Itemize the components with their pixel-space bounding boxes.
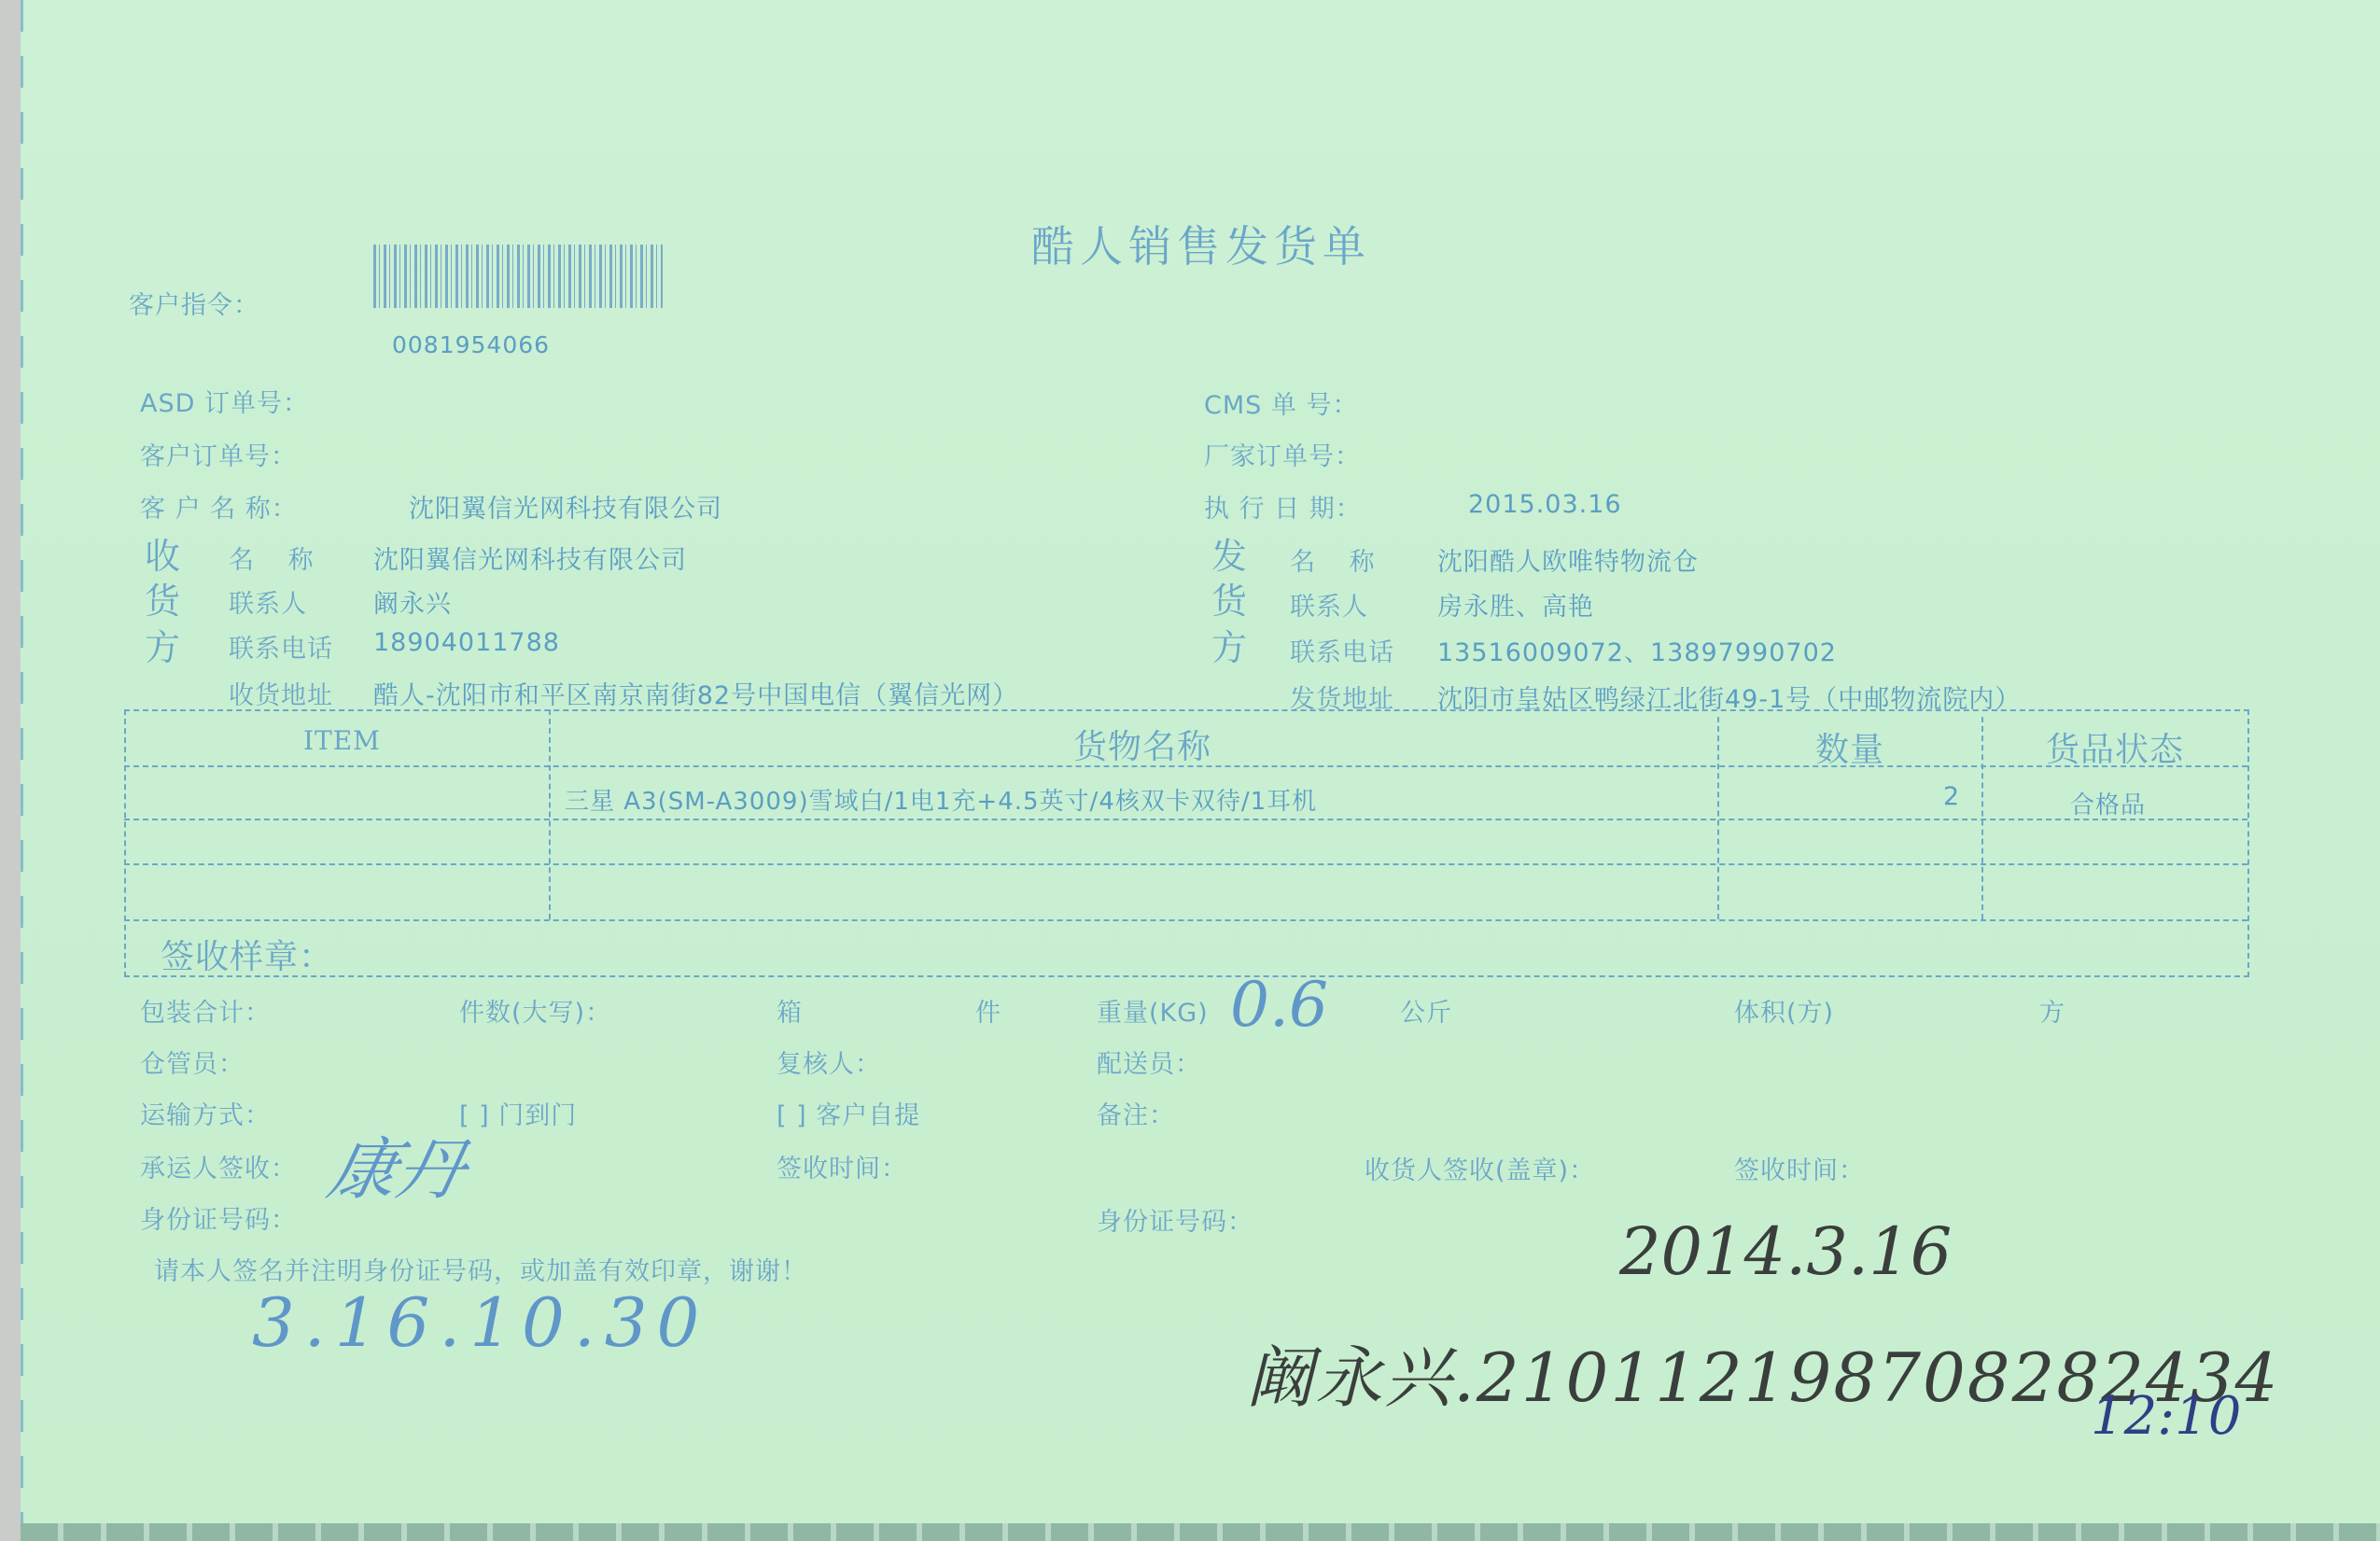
quantity-cell: 2 bbox=[1943, 782, 1960, 811]
goods-name-cell: 三星 A3(SM-A3009)雪域白/1电1充+4.5英寸/4核双卡双待/1耳机 bbox=[565, 782, 1317, 817]
receiver-phone-value: 18904011788 bbox=[373, 628, 560, 657]
table-divider bbox=[124, 919, 2247, 921]
receiver-sign-time-label: 签收时间： bbox=[1734, 1150, 1865, 1186]
asd-order-label: ASD 订单号： bbox=[140, 383, 309, 419]
perforated-edge bbox=[21, 0, 23, 1523]
receiver-side-char-3: 方 bbox=[145, 619, 181, 670]
weight-value: 0.6 bbox=[1230, 969, 1328, 1041]
shipper-name-value: 沈阳酷人欧唯特物流仓 bbox=[1437, 541, 1699, 578]
receiver-sign-label: 收货人签收(盖章)： bbox=[1365, 1150, 1595, 1186]
signature-notice: 请本人签名并注明身份证号码，或加盖有效印章，谢谢！ bbox=[154, 1251, 807, 1287]
shipper-contact-label: 联系人 bbox=[1290, 586, 1368, 623]
table-col-divider bbox=[1717, 717, 1719, 919]
shipper-side-char-1: 发 bbox=[1211, 527, 1248, 579]
receiver-contact-label: 联系人 bbox=[229, 583, 307, 620]
reviewer-label: 复核人： bbox=[777, 1044, 881, 1080]
door-to-door-checkbox[interactable]: [ ] 门到门 bbox=[459, 1095, 577, 1131]
volume-label: 体积(方) bbox=[1734, 992, 1834, 1029]
page-title: 酷人销售发货单 bbox=[1031, 213, 1371, 274]
status-cell: 合格品 bbox=[2070, 786, 2146, 820]
receiver-name-value: 沈阳翼信光网科技有限公司 bbox=[373, 539, 687, 576]
receiver-side-char-2: 货 bbox=[145, 572, 181, 623]
package-total-label: 包装合计： bbox=[140, 992, 271, 1029]
cms-number-label: CMS 单 号： bbox=[1204, 385, 1358, 421]
table-header-quantity: 数量 bbox=[1815, 723, 1884, 771]
receiver-address-value: 酷人-沈阳市和平区南京南街82号中国电信（翼信光网） bbox=[373, 675, 1018, 711]
warehouse-keeper-label: 仓管员： bbox=[140, 1044, 245, 1080]
id-number-label-right: 身份证号码： bbox=[1097, 1201, 1253, 1238]
remarks-label: 备注： bbox=[1097, 1095, 1175, 1131]
weight-label: 重量(KG) bbox=[1097, 992, 1209, 1029]
id-number-label-left: 身份证号码： bbox=[140, 1199, 297, 1236]
table-header-goods-name: 货物名称 bbox=[1073, 721, 1211, 768]
customer-name-label: 客 户 名 称： bbox=[140, 488, 298, 525]
transport-method-label: 运输方式： bbox=[140, 1095, 271, 1131]
receiver-contact-value: 阚永兴 bbox=[373, 583, 452, 620]
customer-instruction-label: 客户指令： bbox=[129, 285, 259, 321]
table-divider bbox=[124, 863, 2247, 865]
receiver-side-char-1: 收 bbox=[145, 527, 181, 579]
box-label: 箱 bbox=[777, 992, 803, 1029]
courier-label: 配送员： bbox=[1097, 1044, 1201, 1080]
customer-name-value: 沈阳翼信光网科技有限公司 bbox=[409, 488, 722, 525]
table-header-status: 货品状态 bbox=[2046, 723, 2184, 771]
customer-order-label: 客户订单号： bbox=[140, 436, 297, 472]
sign-time-label: 签收时间： bbox=[777, 1148, 907, 1184]
piece-label: 件 bbox=[975, 992, 1001, 1029]
barcode-icon bbox=[373, 245, 663, 308]
shipper-side-char-2: 货 bbox=[1211, 572, 1248, 623]
receiver-name-label: 名 称 bbox=[229, 539, 327, 576]
handwritten-receiver-date: 2014.3.16 bbox=[1619, 1213, 1952, 1290]
table-col-divider bbox=[1981, 717, 1983, 919]
receiver-address-label: 收货地址 bbox=[229, 675, 333, 711]
exec-date-label: 执 行 日 期： bbox=[1204, 488, 1362, 525]
shipper-phone-label: 联系电话 bbox=[1290, 632, 1394, 668]
pieces-label: 件数(大写)： bbox=[459, 992, 611, 1029]
shipper-phone-value: 13516009072、13897990702 bbox=[1437, 632, 1837, 668]
factory-order-label: 厂家订单号： bbox=[1204, 436, 1361, 472]
receiver-phone-label: 联系电话 bbox=[229, 628, 333, 665]
tractor-feed-edge bbox=[21, 1523, 2380, 1541]
shipper-contact-value: 房永胜、高艳 bbox=[1437, 586, 1594, 623]
weight-unit: 公斤 bbox=[1400, 992, 1452, 1029]
barcode-number: 0081954066 bbox=[392, 331, 550, 358]
handwritten-carrier-time: 3.16.10.30 bbox=[252, 1283, 708, 1362]
table-header-item: ITEM bbox=[303, 725, 381, 756]
shipper-side-char-3: 方 bbox=[1211, 619, 1248, 670]
stamp-label: 签收样章： bbox=[161, 931, 333, 978]
self-pickup-checkbox[interactable]: [ ] 客户自提 bbox=[777, 1095, 920, 1131]
table-col-divider bbox=[549, 709, 551, 919]
table-divider bbox=[124, 819, 2247, 820]
carrier-sign-label: 承运人签收： bbox=[140, 1148, 297, 1184]
carrier-signature: 康丹 bbox=[321, 1115, 476, 1212]
shipper-name-label: 名 称 bbox=[1290, 541, 1388, 578]
volume-unit: 方 bbox=[2039, 992, 2065, 1029]
handwritten-receiver-time: 12:10 bbox=[2091, 1386, 2241, 1447]
exec-date-value: 2015.03.16 bbox=[1468, 490, 1622, 519]
